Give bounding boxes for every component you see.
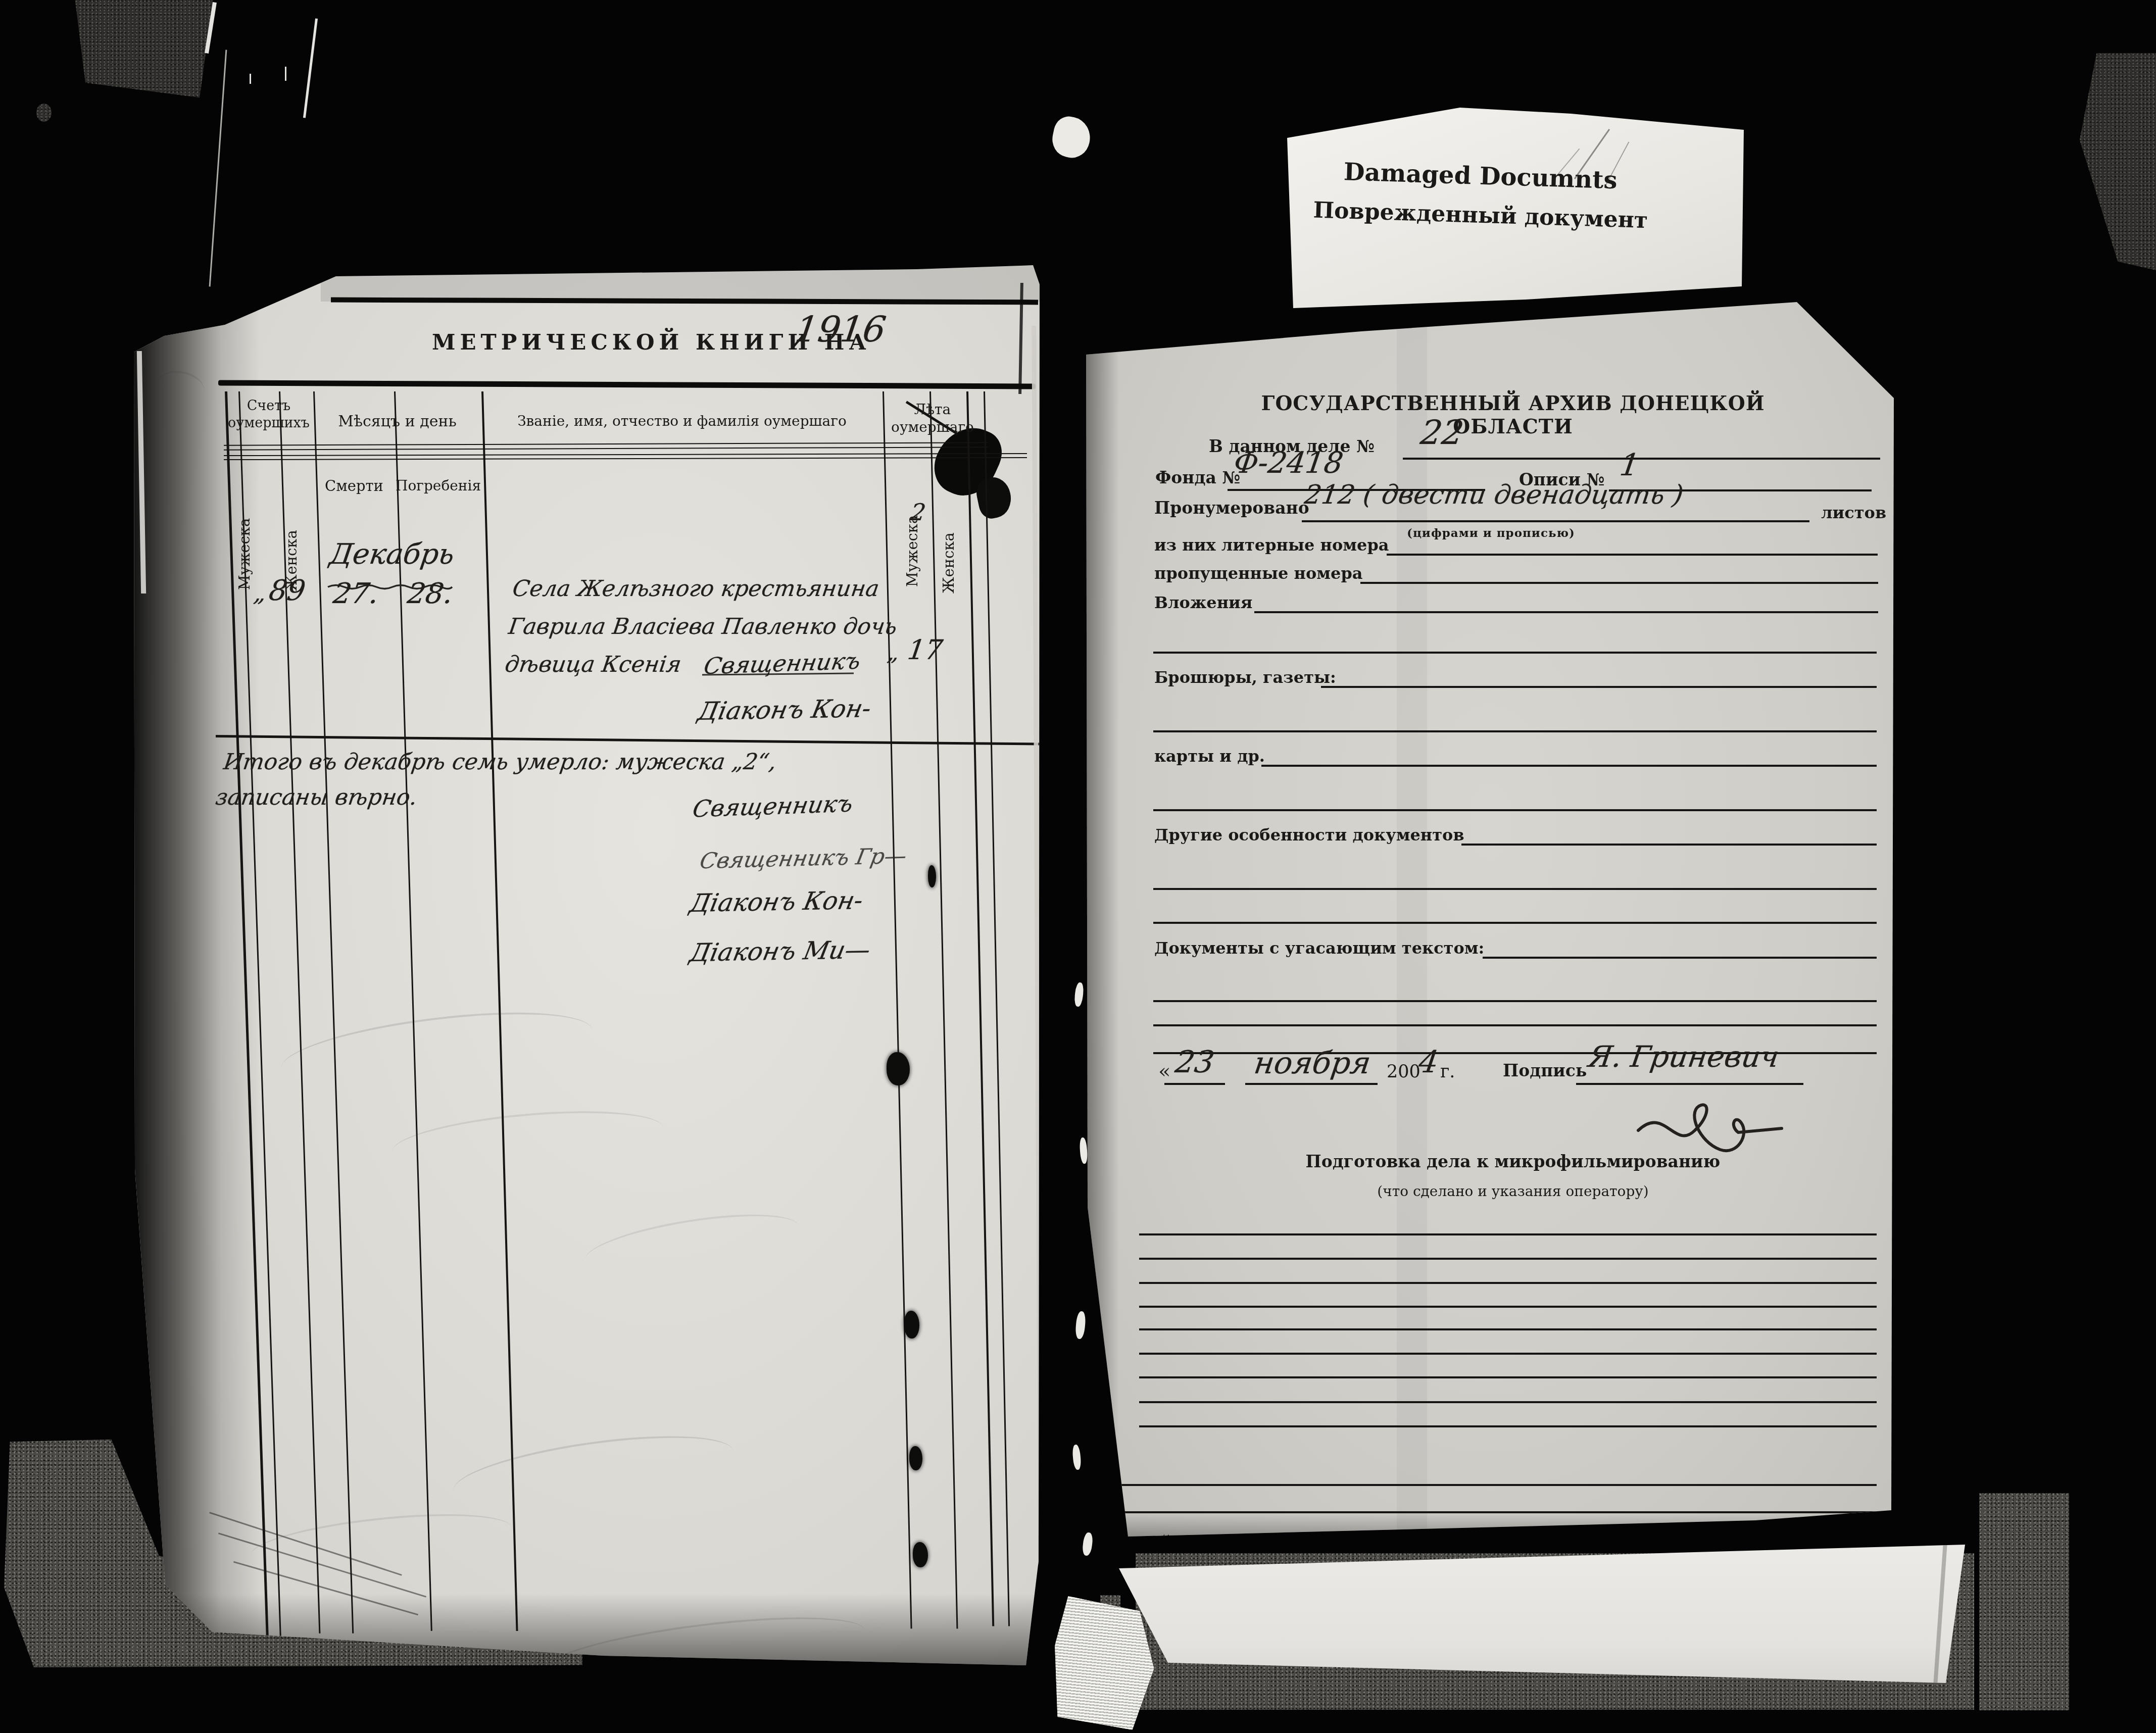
listov-label: листов xyxy=(1821,503,1886,522)
ugas-label: Документы с угасающим текстом: xyxy=(1154,938,1484,958)
header-death: Смерти xyxy=(317,477,391,494)
damaged-slip: Damaged Documnts Поврежденный документ xyxy=(1283,98,1748,316)
scratch-fiber xyxy=(250,74,251,84)
liternye-label: из них литерные номера xyxy=(1154,535,1389,555)
delo-value: 22 xyxy=(1418,413,1466,452)
header-age-female: Женска xyxy=(940,470,957,593)
drugie-line xyxy=(1461,844,1877,846)
bottom-quote-close: » xyxy=(1221,1526,1233,1550)
scratch-fiber xyxy=(303,18,318,118)
bottom-g-label: г. xyxy=(1443,1529,1458,1550)
writing-line xyxy=(1139,1425,1877,1427)
entry-stray-mark: 2 xyxy=(909,499,927,526)
form-left-shadow xyxy=(1084,298,1119,1543)
bottom-quote-open: « xyxy=(1158,1526,1170,1550)
pronumerovano-caption: (цифрами и прописью) xyxy=(1407,526,1575,540)
fond-label: Фонда № xyxy=(1155,468,1240,487)
writing-line xyxy=(1139,1306,1877,1308)
date-day: 23 xyxy=(1173,1045,1216,1080)
writing-line xyxy=(1139,1282,1877,1284)
header-age-line1: Лѣта xyxy=(883,401,982,418)
pronumerovano-line xyxy=(1302,520,1809,522)
podpis-value: Я. Гриневич xyxy=(1586,1039,1781,1074)
binding-stitch xyxy=(1074,982,1085,1007)
damaged-slip-line-ru: Поврежденный документ xyxy=(1313,197,1648,233)
scanned-archive-spread: МЕТРИЧЕСКОЙ КНИГИ НА 1916 Счетъ оумерших… xyxy=(0,0,2156,1733)
date-month: ноября xyxy=(1252,1046,1373,1081)
torn-edge-sliver xyxy=(1032,326,1043,1629)
metric-book-page: МЕТРИЧЕСКОЙ КНИГИ НА 1916 Счетъ оумерших… xyxy=(129,265,1086,1679)
entry-cleric1: Священникъ xyxy=(702,648,863,680)
writing-line xyxy=(1139,1401,1877,1403)
header-count-line2: оумершихъ xyxy=(223,415,315,432)
header-age: Лѣта оумершаго xyxy=(883,401,982,436)
header-count: Счетъ оумершихъ xyxy=(223,398,315,432)
bottom-podpis-line xyxy=(1570,1545,1792,1547)
karty-label: карты и др. xyxy=(1154,747,1265,766)
blank-line xyxy=(1153,809,1877,811)
bleedthrough-mark xyxy=(581,1203,803,1284)
date-year-printed: 200 xyxy=(1387,1062,1420,1082)
binding-stitch xyxy=(1075,1311,1087,1339)
date-day-line xyxy=(1164,1083,1225,1085)
archive-title: ГОСУДАРСТВЕННЫЙ АРХИВ ДОНЕЦКОЙ ОБЛАСТИ xyxy=(1235,392,1791,438)
bottom-podpis-label: Подпись xyxy=(1503,1529,1587,1549)
bottom-day-line xyxy=(1168,1545,1216,1547)
entry-age: 17 xyxy=(906,634,945,666)
bleedthrough-mark xyxy=(450,1423,738,1519)
summary-sig1: Священникъ xyxy=(691,790,855,823)
entry-death-day: 27. xyxy=(331,577,380,610)
blank-line xyxy=(1153,888,1877,890)
binding-stitch xyxy=(1072,1444,1082,1470)
propushchennye-label: пропущенные номера xyxy=(1154,564,1362,583)
binding-stitch xyxy=(1049,114,1094,161)
paper-hole xyxy=(887,1052,910,1085)
scratch-fiber xyxy=(209,49,227,286)
entry-desc-line2: Гаврила Власіева Павленко дочь xyxy=(507,614,894,639)
liternye-line xyxy=(1387,554,1878,556)
blank-line xyxy=(1153,922,1877,924)
archive-form-page: ГОСУДАРСТВЕННЫЙ АРХИВ ДОНЕЦКОЙ ОБЛАСТИ В… xyxy=(1084,298,1897,1543)
table-hline xyxy=(224,442,988,445)
entry-desc-line3: дѣвица Ксенія xyxy=(503,652,683,677)
summary-sig3: Діаконъ Кон- xyxy=(688,886,866,918)
paper-hole xyxy=(928,865,936,887)
mikrofilm-title: Подготовка дела к микрофильмированию xyxy=(1235,1152,1791,1171)
entry-month: Декабрь xyxy=(327,538,456,571)
bleedthrough-mark xyxy=(389,1102,666,1178)
bleedthrough-mark xyxy=(278,999,596,1100)
entry-female-count: 89 xyxy=(267,574,307,607)
blank-line xyxy=(1153,1024,1877,1026)
paper-hole xyxy=(904,1311,919,1339)
ugas-line xyxy=(1483,957,1877,959)
header-month-day: Мѣсяцъ и день xyxy=(313,413,481,430)
table-hline xyxy=(224,447,988,450)
metric-book-year: 1916 xyxy=(793,309,889,350)
pronumerovano-label: Пронумеровано xyxy=(1154,498,1309,518)
vlozheniya-label: Вложения xyxy=(1154,593,1252,612)
paper-hole xyxy=(909,1446,922,1470)
metric-book-title: МЕТРИЧЕСКОЙ КНИГИ НА xyxy=(432,330,786,355)
table-vline xyxy=(481,391,518,1631)
vlozheniya-line xyxy=(1254,611,1878,613)
writing-line xyxy=(1114,1511,1877,1513)
broshyury-line xyxy=(1321,686,1877,688)
pronumerovano-value: 212 ( двести двенадцать ) xyxy=(1303,480,1685,510)
date-month-line xyxy=(1245,1083,1378,1085)
summary-line2: записаны вѣрно. xyxy=(214,784,419,810)
writing-line xyxy=(1139,1233,1877,1235)
karty-line xyxy=(1261,765,1877,767)
writing-line xyxy=(1114,1484,1877,1486)
table-vline xyxy=(966,391,994,1626)
cover-texture-right-band xyxy=(1979,1493,2069,1710)
opis-value: 1 xyxy=(1618,448,1642,483)
header-burial: Погребенія xyxy=(396,477,479,494)
paper-hole xyxy=(913,1542,928,1567)
writing-line xyxy=(1139,1376,1877,1378)
summary-sig2: Священникъ Гр— xyxy=(698,844,909,874)
propushchennye-line xyxy=(1360,582,1878,584)
header-description: Званіе, имя, отчество и фамилія оумершаг… xyxy=(482,413,881,429)
cover-texture-top-right xyxy=(2071,53,2156,270)
header-count-male: Мужеска xyxy=(236,461,253,590)
table-hline xyxy=(224,453,1027,456)
blank-line xyxy=(1153,1000,1877,1002)
writing-line xyxy=(1139,1328,1877,1330)
summary-sig4: Діаконъ Ми— xyxy=(688,935,873,967)
table-top-rule xyxy=(218,380,1036,389)
podpis-line xyxy=(1576,1083,1803,1085)
next-page-fold xyxy=(1933,1536,1948,1692)
date-g-label: г. xyxy=(1440,1062,1455,1082)
form-bottom-shadow xyxy=(1084,1513,1897,1543)
cover-texture-top-left xyxy=(71,0,217,106)
delo-line xyxy=(1403,458,1880,460)
binding-stitch xyxy=(1079,1137,1088,1164)
bottom-year-printed: 200 xyxy=(1383,1529,1416,1550)
header-count-line1: Счетъ xyxy=(223,398,315,415)
entry-desc-line1: Села Желѣзного крестьянина xyxy=(511,576,898,602)
cover-texture-top-left-dot xyxy=(36,104,52,122)
mikrofilm-caption: (что сделано и указания оператору) xyxy=(1296,1183,1730,1200)
bottom-year-line xyxy=(1416,1545,1439,1547)
date-quote-open: « xyxy=(1158,1060,1170,1083)
entry-cleric2: Діаконъ Кон- xyxy=(696,694,874,726)
drugie-label: Другие особенности документов xyxy=(1154,825,1464,845)
bottom-month-line xyxy=(1244,1545,1373,1547)
writing-line xyxy=(1139,1258,1877,1260)
entry-burial-day: 28. xyxy=(405,577,455,610)
podpis-label: Подпись xyxy=(1503,1061,1587,1080)
binding-stitch xyxy=(1082,1532,1093,1556)
blank-line xyxy=(1153,730,1877,732)
table-vline xyxy=(984,391,1010,1626)
header-count-female: Женска xyxy=(283,470,300,591)
summary-line1: Итого въ декабрѣ семь умерло: мужеска „2… xyxy=(222,749,778,775)
header-age-line2: оумершаго xyxy=(883,418,982,436)
broshyury-label: Брошюры, газеты: xyxy=(1154,668,1336,687)
writing-line xyxy=(1139,1353,1877,1355)
fond-value: Ф-2418 xyxy=(1232,445,1345,480)
top-edge-strip xyxy=(321,265,1040,302)
blank-line xyxy=(1153,652,1877,654)
scratch-fiber xyxy=(285,67,286,81)
